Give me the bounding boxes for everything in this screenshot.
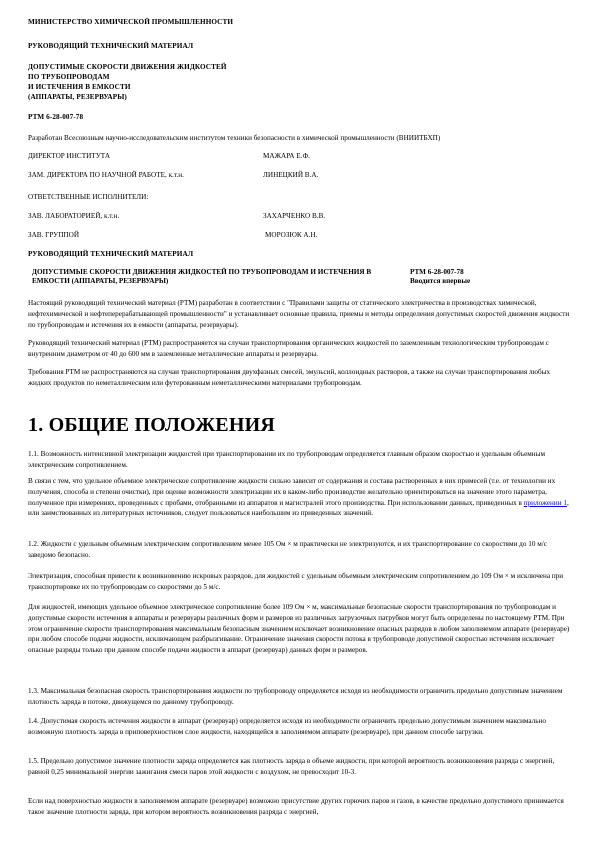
paragraph-text: В связи с тем, что удельное объемное эле…	[28, 477, 555, 507]
ministry-heading: МИНИСТЕРСТВО ХИМИЧЕСКОЙ ПРОМЫШЛЕННОСТИ	[28, 17, 233, 27]
responsible-name: МОРОЗЮК А.Н.	[265, 230, 317, 240]
paragraph-1-2: 1.2. Жидкости с удельным объемным электр…	[28, 539, 570, 561]
section-heading: 1. ОБЩИЕ ПОЛОЖЕНИЯ	[28, 413, 275, 437]
doc-title-line-3: И ИСТЕЧЕНИЯ В ЕМКОСТИ	[28, 82, 131, 92]
responsible-row: ЗАВ. ГРУППОЙ МОРОЗЮК А.Н.	[28, 230, 573, 240]
responsible-name: ЗАХАРЧЕНКО В.В.	[263, 211, 325, 221]
signatory-row: ЗАМ. ДИРЕКТОРА ПО НАУЧНОЙ РАБОТЕ, к.т.н.…	[28, 170, 573, 180]
signatory-name: МАЖАРА Е.Ф.	[263, 151, 310, 161]
responsible-heading: ОТВЕТСТВЕННЫЕ ИСПОЛНИТЕЛИ:	[28, 192, 573, 202]
paragraph-1-5-b: Если над поверхностью жидкости в заполня…	[28, 796, 570, 818]
paragraph-1-2-c: Для жидкостей, имеющих удельное объемное…	[28, 602, 570, 656]
paragraph-resistivity-note: В связи с тем, что удельное объемное эле…	[28, 476, 570, 519]
doc-type-heading-2: РУКОВОДЯЩИЙ ТЕХНИЧЕСКИЙ МАТЕРИАЛ	[28, 249, 193, 259]
responsible-role: ЗАВ. ГРУППОЙ	[28, 231, 79, 239]
doc-title-line-4: (АППАРАТЫ, РЕЗЕРВУАРЫ)	[28, 92, 127, 102]
intro-paragraph: Настоящий руководящий технический матери…	[28, 298, 570, 330]
paragraph-1-4: 1.4. Допустимая скорость истечения жидко…	[28, 716, 570, 738]
title-block-status: Вводится впервые	[410, 277, 470, 286]
doc-title-line-1: ДОПУСТИМЫЕ СКОРОСТИ ДВИЖЕНИЯ ЖИДКОСТЕЙ	[28, 62, 227, 72]
appendix-1-link[interactable]: приложении 1	[524, 499, 567, 507]
responsible-role: ЗАВ. ЛАБОРАТОРИЕЙ, к.т.н.	[28, 212, 119, 220]
developer-note: Разработан Всесоюзным научно-исследовате…	[28, 133, 573, 143]
signatory-name: ЛИНЕЦКИЙ В.А.	[263, 170, 318, 180]
responsible-row: ЗАВ. ЛАБОРАТОРИЕЙ, к.т.н. ЗАХАРЧЕНКО В.В…	[28, 211, 573, 221]
title-block-code: РТМ 6-28-007-78	[410, 268, 470, 277]
intro-paragraph: Руководящий технический материал (РТМ) р…	[28, 338, 570, 360]
paragraph-1-5: 1.5. Предельно допустимое значение плотн…	[28, 756, 570, 778]
doc-title-line-2: ПО ТРУБОПРОВОДАМ	[28, 72, 110, 82]
paragraph-1-3: 1.3. Максимальная безопасная скорость тр…	[28, 686, 570, 708]
doc-code: РТМ 6-28-007-78	[28, 112, 83, 122]
signatory-role: ДИРЕКТОР ИНСТИТУТА	[28, 152, 110, 160]
title-block-meta: РТМ 6-28-007-78 Вводится впервые	[410, 268, 470, 286]
signatory-role: ЗАМ. ДИРЕКТОРА ПО НАУЧНОЙ РАБОТЕ, к.т.н.	[28, 171, 184, 179]
signatory-row: ДИРЕКТОР ИНСТИТУТА МАЖАРА Е.Ф.	[28, 151, 573, 161]
doc-type-heading: РУКОВОДЯЩИЙ ТЕХНИЧЕСКИЙ МАТЕРИАЛ	[28, 41, 193, 51]
title-block-title: ДОПУСТИМЫЕ СКОРОСТИ ДВИЖЕНИЯ ЖИДКОСТЕЙ П…	[32, 268, 392, 286]
paragraph-1-2-b: Электризация, способная привести к возни…	[28, 571, 570, 593]
intro-paragraph: Требования РТМ не распространяются на сл…	[28, 367, 570, 389]
paragraph-1-1: 1.1. Возможность интенсивной электризаци…	[28, 449, 570, 471]
